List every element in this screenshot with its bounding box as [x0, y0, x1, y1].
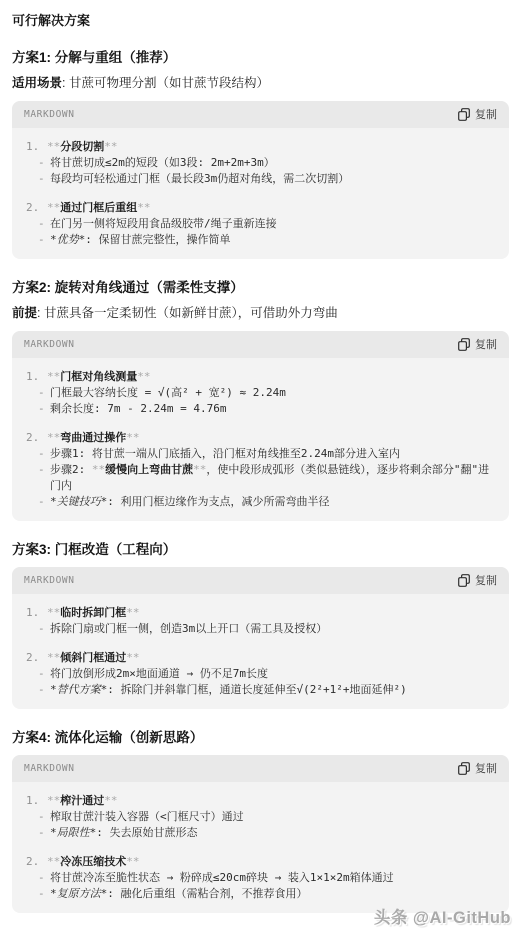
text-run: 剩余长度: 7m - 2.24m = 4.76m	[50, 402, 226, 415]
detail-line: -榨取甘蔗汁装入容器（<门框尺寸）通过	[26, 809, 495, 825]
item-number: 2.	[26, 430, 47, 446]
dash-marker: -	[38, 886, 50, 902]
list-item: 2.**通过门框后重组**-在门另一侧将短段用食品级胶带/绳子重新连接-*优势*…	[26, 200, 495, 248]
item-title-text: **冷冻压缩技术**	[47, 854, 140, 870]
detail-text: *优势*: 保留甘蔗完整性，操作简单	[50, 232, 495, 248]
list-item: 1.**分段切割**-将甘蔗切成≤2m的短段（如3段: 2m+2m+3m）-每段…	[26, 139, 495, 187]
dash-marker: -	[38, 682, 50, 698]
detail-line: -*复原方法*: 融化后重组（需粘合剂，不推荐食用）	[26, 886, 495, 902]
item-title-line: 2.**通过门框后重组**	[26, 200, 495, 216]
text-run: **	[92, 463, 105, 476]
code-language-label: MARKDOWN	[24, 109, 75, 120]
intro-text: : 甘蔗具备一定柔韧性（如新鲜甘蔗），可借助外力弯曲	[37, 306, 338, 320]
item-title: 门框对角线测量	[60, 370, 137, 383]
detail-line: -*优势*: 保留甘蔗完整性，操作简单	[26, 232, 495, 248]
list-item: 1.**榨汁通过**-榨取甘蔗汁装入容器（<门框尺寸）通过-*局限性*: 失去原…	[26, 793, 495, 841]
markdown-code-block: MARKDOWN 复制 1.**门框对角线测量**-门框最大容纳长度 = √(高…	[12, 331, 509, 521]
detail-line: -将门放倒形成2m×地面通道 → 仍不足7m长度	[26, 666, 495, 682]
code-block-header: MARKDOWN 复制	[12, 101, 509, 128]
intro-text: : 甘蔗可物理分割（如甘蔗节段结构）	[62, 76, 269, 90]
detail-line: -*局限性*: 失去原始甘蔗形态	[26, 825, 495, 841]
item-title-text: **榨汁通过**	[47, 793, 118, 809]
item-title-text: **倾斜门框通过**	[47, 650, 140, 666]
code-block-header: MARKDOWN 复制	[12, 755, 509, 782]
text-run: : 失去原始甘蔗形态	[96, 826, 197, 839]
detail-line: -将甘蔗切成≤2m的短段（如3段: 2m+2m+3m）	[26, 155, 495, 171]
detail-text: 将甘蔗切成≤2m的短段（如3段: 2m+2m+3m）	[50, 155, 495, 171]
code-body: 1.**分段切割**-将甘蔗切成≤2m的短段（如3段: 2m+2m+3m）-每段…	[12, 128, 509, 259]
dash-marker: -	[38, 494, 50, 510]
copy-button[interactable]: 复制	[458, 106, 497, 122]
markdown-code-block: MARKDOWN 复制 1.**临时拆卸门框**-拆除门扇或门框一侧，创造3m以…	[12, 567, 509, 709]
code-language-label: MARKDOWN	[24, 763, 75, 774]
detail-text: *替代方案*: 拆除门并斜靠门框，通道长度延伸至√(2²+1²+地面延伸²)	[50, 682, 495, 698]
detail-text: 榨取甘蔗汁装入容器（<门框尺寸）通过	[50, 809, 495, 825]
bold-marker: **	[47, 431, 60, 444]
code-body: 1.**榨汁通过**-榨取甘蔗汁装入容器（<门框尺寸）通过-*局限性*: 失去原…	[12, 782, 509, 913]
copy-icon	[458, 762, 470, 775]
text-run: **	[193, 463, 206, 476]
bold-marker: **	[47, 370, 60, 383]
text-run: : 利用门框边缘作为支点，减少所需弯曲半径	[107, 495, 329, 508]
detail-text: 在门另一侧将短段用食品级胶带/绳子重新连接	[50, 216, 495, 232]
item-title-text: **门框对角线测量**	[47, 369, 151, 385]
text-run: 榨取甘蔗汁装入容器（<门框尺寸）通过	[50, 810, 244, 823]
code-body: 1.**门框对角线测量**-门框最大容纳长度 = √(高² + 宽²) ≈ 2.…	[12, 358, 509, 521]
copy-icon	[458, 338, 470, 351]
detail-line: -*关键技巧*: 利用门框边缘作为支点，减少所需弯曲半径	[26, 494, 495, 510]
item-number: 2.	[26, 854, 47, 870]
dash-marker: -	[38, 870, 50, 886]
bold-marker: **	[47, 855, 60, 868]
text-run: 缓慢向上弯曲甘蔗	[105, 463, 193, 476]
detail-text: 将门放倒形成2m×地面通道 → 仍不足7m长度	[50, 666, 495, 682]
detail-line: -步骤1: 将甘蔗一端从门底插入，沿门框对角线推至2.24m部分进入室内	[26, 446, 495, 462]
bold-marker: **	[126, 651, 139, 664]
item-number: 1.	[26, 369, 47, 385]
detail-text: *局限性*: 失去原始甘蔗形态	[50, 825, 495, 841]
item-title: 弯曲通过操作	[60, 431, 126, 444]
solution-section: 方案2: 旋转对角线通过（需柔性支撑） 前提: 甘蔗具备一定柔韧性（如新鲜甘蔗）…	[12, 276, 509, 521]
item-title-text: **弯曲通过操作**	[47, 430, 140, 446]
intro-label: 前提	[12, 306, 37, 320]
list-item: 2.**倾斜门框通过**-将门放倒形成2m×地面通道 → 仍不足7m长度-*替代…	[26, 650, 495, 698]
detail-text: 步骤1: 将甘蔗一端从门底插入，沿门框对角线推至2.24m部分进入室内	[50, 446, 495, 462]
bold-marker: **	[137, 370, 150, 383]
solution-section: 方案3: 门框改造（工程向） MARKDOWN 复制 1.**临时拆卸门框**-…	[12, 538, 509, 709]
detail-line: -步骤2: **缓慢向上弯曲甘蔗**，使中段形成弧形（类似悬链线），逐步将剩余部…	[26, 462, 495, 494]
bold-marker: **	[137, 201, 150, 214]
bold-marker: **	[126, 855, 139, 868]
detail-line: -每段均可轻松通过门框（最长段3m仍超对角线，需二次切割）	[26, 171, 495, 187]
item-number: 1.	[26, 139, 47, 155]
bold-marker: **	[47, 794, 60, 807]
item-title-line: 2.**冷冻压缩技术**	[26, 854, 495, 870]
detail-text: 每段均可轻松通过门框（最长段3m仍超对角线，需二次切割）	[50, 171, 495, 187]
item-title: 分段切割	[60, 140, 104, 153]
code-body: 1.**临时拆卸门框**-拆除门扇或门框一侧，创造3m以上开口（需工具及授权）2…	[12, 594, 509, 709]
dash-marker: -	[38, 385, 50, 401]
dash-marker: -	[38, 809, 50, 825]
detail-line: -*替代方案*: 拆除门并斜靠门框，通道长度延伸至√(2²+1²+地面延伸²)	[26, 682, 495, 698]
code-block-header: MARKDOWN 复制	[12, 567, 509, 594]
detail-line: -剩余长度: 7m - 2.24m = 4.76m	[26, 401, 495, 417]
text-run: 每段均可轻松通过门框（最长段3m仍超对角线，需二次切割）	[50, 172, 349, 185]
detail-text: 拆除门扇或门框一侧，创造3m以上开口（需工具及授权）	[50, 621, 495, 637]
bold-marker: **	[104, 140, 117, 153]
item-title-line: 2.**倾斜门框通过**	[26, 650, 495, 666]
code-block-header: MARKDOWN 复制	[12, 331, 509, 358]
text-run: : 融化后重组（需粘合剂，不推荐食用）	[107, 887, 307, 900]
dash-marker: -	[38, 621, 50, 637]
dash-marker: -	[38, 462, 50, 478]
dash-marker: -	[38, 666, 50, 682]
list-item: 2.**弯曲通过操作**-步骤1: 将甘蔗一端从门底插入，沿门框对角线推至2.2…	[26, 430, 495, 510]
dash-marker: -	[38, 232, 50, 248]
detail-text: *关键技巧*: 利用门框边缘作为支点，减少所需弯曲半径	[50, 494, 495, 510]
text-run: 步骤1: 将甘蔗一端从门底插入，沿门框对角线推至2.24m部分进入室内	[50, 447, 400, 460]
dash-marker: -	[38, 401, 50, 417]
sections-container: 方案1: 分解与重组（推荐） 适用场景: 甘蔗可物理分割（如甘蔗节段结构） MA…	[12, 46, 509, 913]
copy-button-label: 复制	[475, 336, 497, 352]
bold-marker: **	[47, 140, 60, 153]
list-item: 2.**冷冻压缩技术**-将甘蔗冷冻至脆性状态 → 粉碎成≤20cm碎块 → 装…	[26, 854, 495, 902]
list-item: 1.**门框对角线测量**-门框最大容纳长度 = √(高² + 宽²) ≈ 2.…	[26, 369, 495, 417]
list-item: 1.**临时拆卸门框**-拆除门扇或门框一侧，创造3m以上开口（需工具及授权）	[26, 605, 495, 637]
markdown-code-block: MARKDOWN 复制 1.**分段切割**-将甘蔗切成≤2m的短段（如3段: …	[12, 101, 509, 259]
item-title-line: 1.**分段切割**	[26, 139, 495, 155]
text-run: *关键技巧*	[50, 495, 107, 508]
text-run: 拆除门扇或门框一侧，创造3m以上开口（需工具及授权）	[50, 622, 327, 635]
copy-button-label: 复制	[475, 572, 497, 588]
markdown-code-block: MARKDOWN 复制 1.**榨汁通过**-榨取甘蔗汁装入容器（<门框尺寸）通…	[12, 755, 509, 913]
item-title: 临时拆卸门框	[60, 606, 126, 619]
section-heading: 方案2: 旋转对角线通过（需柔性支撑）	[12, 276, 509, 296]
code-language-label: MARKDOWN	[24, 339, 75, 350]
solution-section: 方案4: 流体化运输（创新思路） MARKDOWN 复制 1.**榨汁通过**-…	[12, 726, 509, 913]
item-number: 2.	[26, 650, 47, 666]
copy-button[interactable]: 复制	[458, 572, 497, 588]
text-run: 步骤2:	[50, 463, 92, 476]
bold-marker: **	[104, 794, 117, 807]
item-title-text: **分段切割**	[47, 139, 118, 155]
bold-marker: **	[47, 201, 60, 214]
item-title-text: **通过门框后重组**	[47, 200, 151, 216]
dash-marker: -	[38, 216, 50, 232]
text-run: *复原方法*	[50, 887, 107, 900]
detail-text: *复原方法*: 融化后重组（需粘合剂，不推荐食用）	[50, 886, 495, 902]
text-run: *替代方案*	[50, 683, 107, 696]
detail-line: -拆除门扇或门框一侧，创造3m以上开口（需工具及授权）	[26, 621, 495, 637]
item-number: 2.	[26, 200, 47, 216]
item-title-text: **临时拆卸门框**	[47, 605, 140, 621]
text-run: 将甘蔗切成≤2m的短段（如3段: 2m+2m+3m）	[50, 156, 275, 169]
section-intro: 前提: 甘蔗具备一定柔韧性（如新鲜甘蔗），可借助外力弯曲	[12, 305, 509, 322]
code-language-label: MARKDOWN	[24, 575, 75, 586]
item-title-line: 1.**榨汁通过**	[26, 793, 495, 809]
item-title-line: 2.**弯曲通过操作**	[26, 430, 495, 446]
copy-icon	[458, 108, 470, 121]
detail-line: -在门另一侧将短段用食品级胶带/绳子重新连接	[26, 216, 495, 232]
copy-button[interactable]: 复制	[458, 760, 497, 776]
page-title: 可行解决方案	[12, 10, 509, 29]
text-run: : 拆除门并斜靠门框，通道长度延伸至√(2²+1²+地面延伸²)	[107, 683, 406, 696]
section-heading: 方案1: 分解与重组（推荐）	[12, 46, 509, 66]
bold-marker: **	[126, 431, 139, 444]
detail-line: -门框最大容纳长度 = √(高² + 宽²) ≈ 2.24m	[26, 385, 495, 401]
text-run: 门框最大容纳长度 = √(高² + 宽²) ≈ 2.24m	[50, 386, 286, 399]
copy-button[interactable]: 复制	[458, 336, 497, 352]
text-run: 将甘蔗冷冻至脆性状态 → 粉碎成≤20cm碎块 → 装入1×1×2m箱体通过	[50, 871, 394, 884]
dash-marker: -	[38, 825, 50, 841]
dash-marker: -	[38, 171, 50, 187]
item-title: 冷冻压缩技术	[60, 855, 126, 868]
dash-marker: -	[38, 446, 50, 462]
detail-text: 将甘蔗冷冻至脆性状态 → 粉碎成≤20cm碎块 → 装入1×1×2m箱体通过	[50, 870, 495, 886]
detail-text: 剩余长度: 7m - 2.24m = 4.76m	[50, 401, 495, 417]
dash-marker: -	[38, 155, 50, 171]
solution-section: 方案1: 分解与重组（推荐） 适用场景: 甘蔗可物理分割（如甘蔗节段结构） MA…	[12, 46, 509, 259]
item-number: 1.	[26, 605, 47, 621]
section-intro: 适用场景: 甘蔗可物理分割（如甘蔗节段结构）	[12, 75, 509, 92]
item-title-line: 1.**临时拆卸门框**	[26, 605, 495, 621]
copy-icon	[458, 574, 470, 587]
text-run: 在门另一侧将短段用食品级胶带/绳子重新连接	[50, 217, 277, 230]
detail-text: 步骤2: **缓慢向上弯曲甘蔗**，使中段形成弧形（类似悬链线），逐步将剩余部分…	[50, 462, 495, 494]
item-title: 倾斜门框通过	[60, 651, 126, 664]
intro-label: 适用场景	[12, 76, 62, 90]
bold-marker: **	[126, 606, 139, 619]
copy-button-label: 复制	[475, 760, 497, 776]
section-heading: 方案3: 门框改造（工程向）	[12, 538, 509, 558]
copy-button-label: 复制	[475, 106, 497, 122]
bold-marker: **	[47, 606, 60, 619]
section-heading: 方案4: 流体化运输（创新思路）	[12, 726, 509, 746]
item-title: 通过门框后重组	[60, 201, 137, 214]
text-run: 将门放倒形成2m×地面通道 → 仍不足7m长度	[50, 667, 268, 680]
bold-marker: **	[47, 651, 60, 664]
text-run: : 保留甘蔗完整性，操作简单	[85, 233, 230, 246]
detail-line: -将甘蔗冷冻至脆性状态 → 粉碎成≤20cm碎块 → 装入1×1×2m箱体通过	[26, 870, 495, 886]
item-title-line: 1.**门框对角线测量**	[26, 369, 495, 385]
text-run: *局限性*	[50, 826, 96, 839]
detail-text: 门框最大容纳长度 = √(高² + 宽²) ≈ 2.24m	[50, 385, 495, 401]
text-run: *优势*	[50, 233, 85, 246]
item-number: 1.	[26, 793, 47, 809]
item-title: 榨汁通过	[60, 794, 104, 807]
document-page: 可行解决方案 方案1: 分解与重组（推荐） 适用场景: 甘蔗可物理分割（如甘蔗节…	[0, 0, 521, 936]
